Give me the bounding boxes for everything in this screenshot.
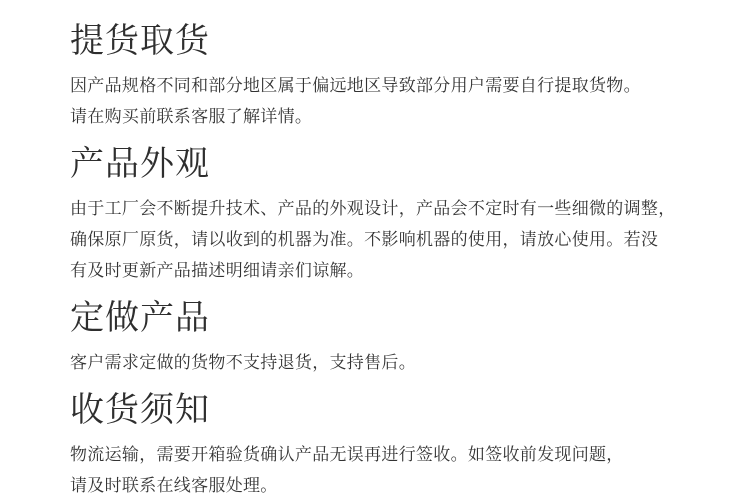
section-pickup-paragraph: 因产品规格不同和部分地区属于偏远地区导致部分用户需要自行提取货物。 请在购买前联… bbox=[70, 70, 690, 132]
paragraph-line: 由于工厂会不断提升技术、产品的外观设计，产品会不定时有一些细微的调整， bbox=[70, 193, 690, 224]
paragraph-line: 客户需求定做的货物不支持退货，支持售后。 bbox=[70, 347, 690, 378]
section-appearance-heading: 产品外观 bbox=[70, 144, 690, 184]
paragraph-line: 因产品规格不同和部分地区属于偏远地区导致部分用户需要自行提取货物。 bbox=[70, 70, 690, 101]
section-receiving-heading: 收货须知 bbox=[70, 390, 690, 430]
section-receiving-paragraph: 物流运输，需要开箱验货确认产品无误再进行签收。如签收前发现问题， 请及时联系在线… bbox=[70, 439, 690, 500]
paragraph-line: 请及时联系在线客服处理。 bbox=[70, 470, 690, 500]
section-custom-paragraph: 客户需求定做的货物不支持退货，支持售后。 bbox=[70, 347, 690, 378]
section-receiving: 收货须知 物流运输，需要开箱验货确认产品无误再进行签收。如签收前发现问题， 请及… bbox=[70, 390, 690, 500]
section-appearance: 产品外观 由于工厂会不断提升技术、产品的外观设计，产品会不定时有一些细微的调整，… bbox=[70, 144, 690, 286]
section-pickup: 提货取货 因产品规格不同和部分地区属于偏远地区导致部分用户需要自行提取货物。 请… bbox=[70, 21, 690, 132]
paragraph-line: 物流运输，需要开箱验货确认产品无误再进行签收。如签收前发现问题， bbox=[70, 439, 690, 470]
section-custom: 定做产品 客户需求定做的货物不支持退货，支持售后。 bbox=[70, 298, 690, 378]
section-custom-heading: 定做产品 bbox=[70, 298, 690, 338]
paragraph-line: 确保原厂原货，请以收到的机器为准。不影响机器的使用，请放心使用。若没 bbox=[70, 224, 690, 255]
paragraph-line: 有及时更新产品描述明细请亲们谅解。 bbox=[70, 255, 690, 286]
section-pickup-heading: 提货取货 bbox=[70, 21, 690, 61]
product-notice-page: 提货取货 因产品规格不同和部分地区属于偏远地区导致部分用户需要自行提取货物。 请… bbox=[0, 0, 750, 500]
paragraph-line: 请在购买前联系客服了解详情。 bbox=[70, 101, 690, 132]
section-appearance-paragraph: 由于工厂会不断提升技术、产品的外观设计，产品会不定时有一些细微的调整， 确保原厂… bbox=[70, 193, 690, 286]
